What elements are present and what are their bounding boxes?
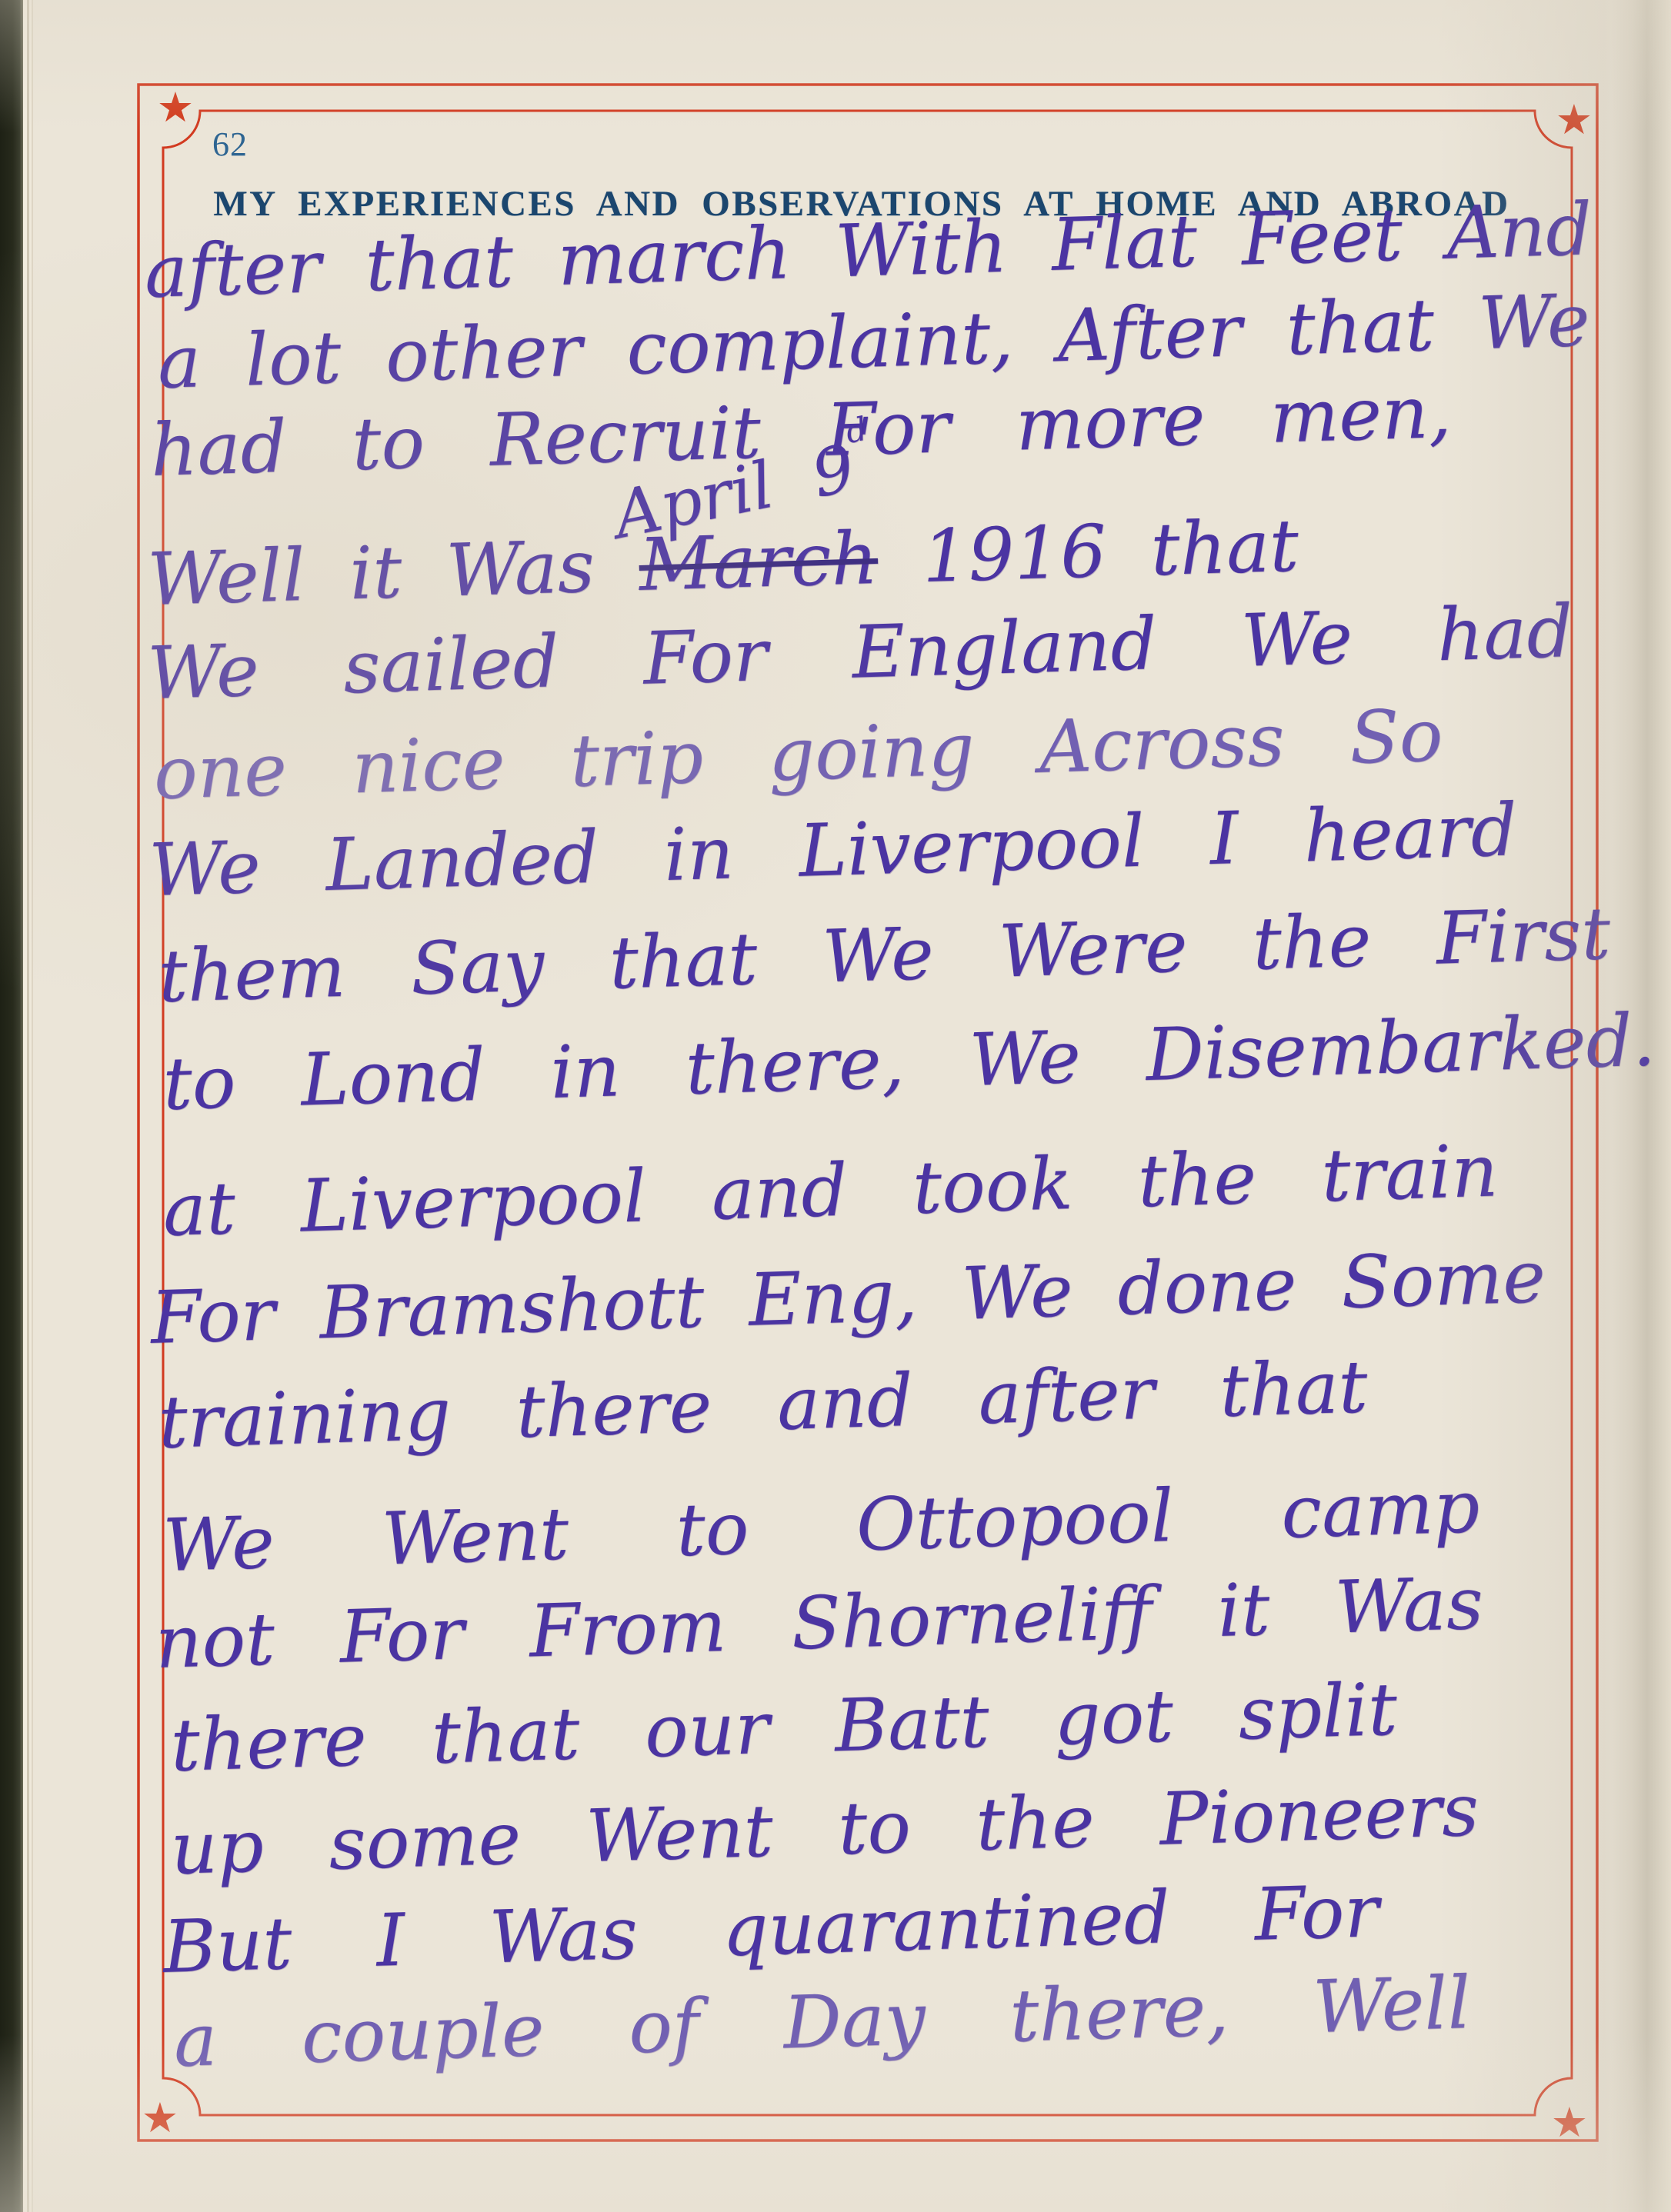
corner-star-icon: ★ xyxy=(138,2097,182,2139)
line4-after: 1916 that xyxy=(921,505,1299,599)
line4-before: Well it Was xyxy=(146,525,595,622)
corner-star-icon: ★ xyxy=(1548,2102,1591,2144)
struck-word-wrap: April 9d March xyxy=(638,517,879,608)
corner-star-icon: ★ xyxy=(1553,99,1596,141)
corner-star-icon: ★ xyxy=(154,87,197,128)
page-number: 62 xyxy=(212,125,248,164)
